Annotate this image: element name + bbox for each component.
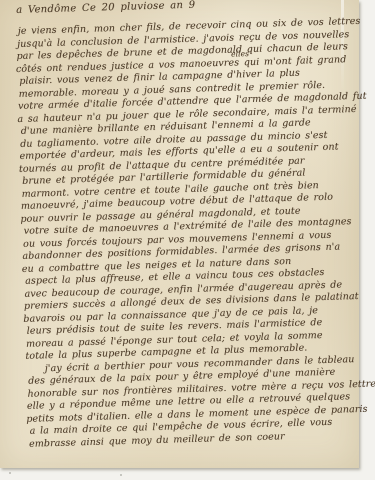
- letter-paper: a Vendôme Ce 20 pluviose an 9 je viens e…: [0, 0, 359, 468]
- interlinear-insertion: elles: [231, 50, 249, 59]
- letter-body: je viens enfin, mon cher fils, de recevo…: [15, 16, 369, 451]
- dust-speck: [9, 472, 11, 474]
- letter-dateline: a Vendôme Ce 20 pluviose an 9: [16, 0, 356, 16]
- dust-speck: [120, 474, 122, 476]
- letter-text: a Vendôme Ce 20 pluviose an 9 je viens e…: [14, 0, 369, 451]
- letter-scan: a Vendôme Ce 20 pluviose an 9 je viens e…: [0, 0, 375, 480]
